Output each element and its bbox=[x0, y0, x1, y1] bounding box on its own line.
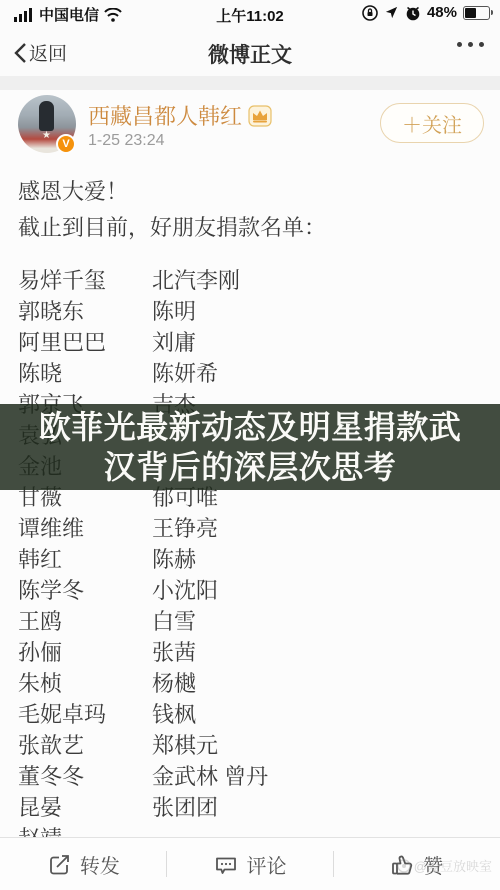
toolbar-separator bbox=[166, 851, 167, 877]
donor-name: 陈妍希 bbox=[152, 357, 218, 388]
donor-name: 白雪 bbox=[152, 605, 196, 636]
donor-name: 金武林 曾丹 bbox=[152, 760, 268, 791]
donor-row: 郭晓东陈明 bbox=[18, 295, 500, 326]
follow-button[interactable]: ＋关注 bbox=[380, 103, 484, 143]
nav-bar: 返回 微博正文 bbox=[0, 30, 500, 77]
more-options-button[interactable] bbox=[457, 42, 484, 47]
alarm-clock-icon bbox=[405, 5, 421, 21]
battery-icon bbox=[463, 6, 490, 20]
donor-name: 张歆艺 bbox=[18, 729, 152, 760]
donor-row: 王鸥白雪 bbox=[18, 605, 500, 636]
donor-name: 钱枫 bbox=[152, 698, 196, 729]
donor-name: 阿里巴巴 bbox=[18, 326, 152, 357]
headline-text: 欧菲光最新动态及明星捐款武汉背后的深层次思考 bbox=[28, 407, 472, 487]
post-line-2: 截止到目前，好朋友捐款名单： bbox=[18, 210, 484, 246]
avatar-star: ★ bbox=[42, 131, 51, 141]
donor-name: 杨樾 bbox=[152, 667, 196, 698]
location-arrow-icon bbox=[384, 5, 399, 20]
donor-name: 张茜 bbox=[152, 636, 196, 667]
donor-name: 张团团 bbox=[152, 791, 218, 822]
donor-name: 陈学冬 bbox=[18, 574, 152, 605]
donor-name: 小沈阳 bbox=[152, 574, 218, 605]
avatar-figure bbox=[39, 101, 54, 131]
post-line-1: 感恩大爱！ bbox=[18, 174, 484, 210]
donor-name: 董冬冬 bbox=[18, 760, 152, 791]
vip-crown-icon bbox=[248, 105, 272, 127]
comment-label: 评论 bbox=[247, 850, 287, 879]
battery-percent-label: 48% bbox=[427, 4, 457, 21]
thumbs-up-icon bbox=[390, 853, 414, 877]
donor-name: 昆晏 bbox=[18, 791, 152, 822]
comment-button[interactable]: 评论 bbox=[167, 838, 334, 890]
post-content: ★ V 西藏昌都人韩红 1-25 23:24 ＋关注 感恩大爱！ 截止到目前，好… bbox=[0, 90, 500, 837]
donor-row: 毛妮卓玛钱枫 bbox=[18, 698, 500, 729]
author-name: 西藏昌都人韩红 bbox=[88, 100, 242, 131]
post-text: 感恩大爱！ 截止到目前，好朋友捐款名单： bbox=[18, 174, 484, 246]
orientation-lock-icon bbox=[362, 5, 378, 21]
donor-name: 朱桢 bbox=[18, 667, 152, 698]
donor-name: 陈明 bbox=[152, 295, 196, 326]
repost-button[interactable]: 转发 bbox=[0, 838, 167, 890]
donor-name: 陈赫 bbox=[152, 543, 196, 574]
donor-name: 谭维维 bbox=[18, 512, 152, 543]
donor-name: 孙俪 bbox=[18, 636, 152, 667]
repost-icon bbox=[47, 853, 71, 877]
donor-rows: 易烊千玺北汽李刚郭晓东陈明阿里巴巴刘庸陈晓陈妍希郭京飞吉杰袁弘金池甘薇郁可唯谭维… bbox=[18, 264, 500, 853]
headline-overlay: 欧菲光最新动态及明星捐款武汉背后的深层次思考 bbox=[0, 404, 500, 490]
verified-v-badge: V bbox=[56, 134, 76, 154]
author-row[interactable]: 西藏昌都人韩红 bbox=[88, 100, 272, 131]
donor-row: 韩红陈赫 bbox=[18, 543, 500, 574]
donor-row: 张歆艺郑棋元 bbox=[18, 729, 500, 760]
donor-row: 昆晏张团团 bbox=[18, 791, 500, 822]
donor-row: 陈学冬小沈阳 bbox=[18, 574, 500, 605]
page-title: 微博正文 bbox=[0, 39, 500, 69]
repost-label: 转发 bbox=[80, 850, 120, 879]
divider-strip bbox=[0, 76, 500, 91]
donor-name: 刘庸 bbox=[152, 326, 196, 357]
donor-name: 易烊千玺 bbox=[18, 264, 152, 295]
donor-row: 谭维维王铮亮 bbox=[18, 512, 500, 543]
donor-row: 孙俪张茜 bbox=[18, 636, 500, 667]
donor-row: 董冬冬金武林 曾丹 bbox=[18, 760, 500, 791]
donor-row: 陈晓陈妍希 bbox=[18, 357, 500, 388]
donor-row: 阿里巴巴刘庸 bbox=[18, 326, 500, 357]
like-label: 赞 bbox=[423, 850, 443, 879]
donor-name: 陈晓 bbox=[18, 357, 152, 388]
like-button[interactable]: 赞 bbox=[333, 838, 500, 890]
donor-name: 韩红 bbox=[18, 543, 152, 574]
donor-name: 郭晓东 bbox=[18, 295, 152, 326]
donor-name: 北汽李刚 bbox=[152, 264, 240, 295]
donor-name: 郑棋元 bbox=[152, 729, 218, 760]
toolbar-separator bbox=[333, 851, 334, 877]
weibo-post-screenshot: 中国电信 上午11:02 48% bbox=[0, 0, 500, 890]
donor-row: 朱桢杨樾 bbox=[18, 667, 500, 698]
bottom-toolbar: 转发 评论 赞 bbox=[0, 837, 500, 890]
post-timestamp: 1-25 23:24 bbox=[88, 132, 165, 150]
battery-fill bbox=[465, 8, 476, 18]
comment-icon bbox=[214, 853, 238, 877]
donor-name: 毛妮卓玛 bbox=[18, 698, 152, 729]
donor-name: 王铮亮 bbox=[152, 512, 218, 543]
donor-name: 王鸥 bbox=[18, 605, 152, 636]
status-bar: 中国电信 上午11:02 48% bbox=[0, 0, 500, 30]
donor-row: 易烊千玺北汽李刚 bbox=[18, 264, 500, 295]
